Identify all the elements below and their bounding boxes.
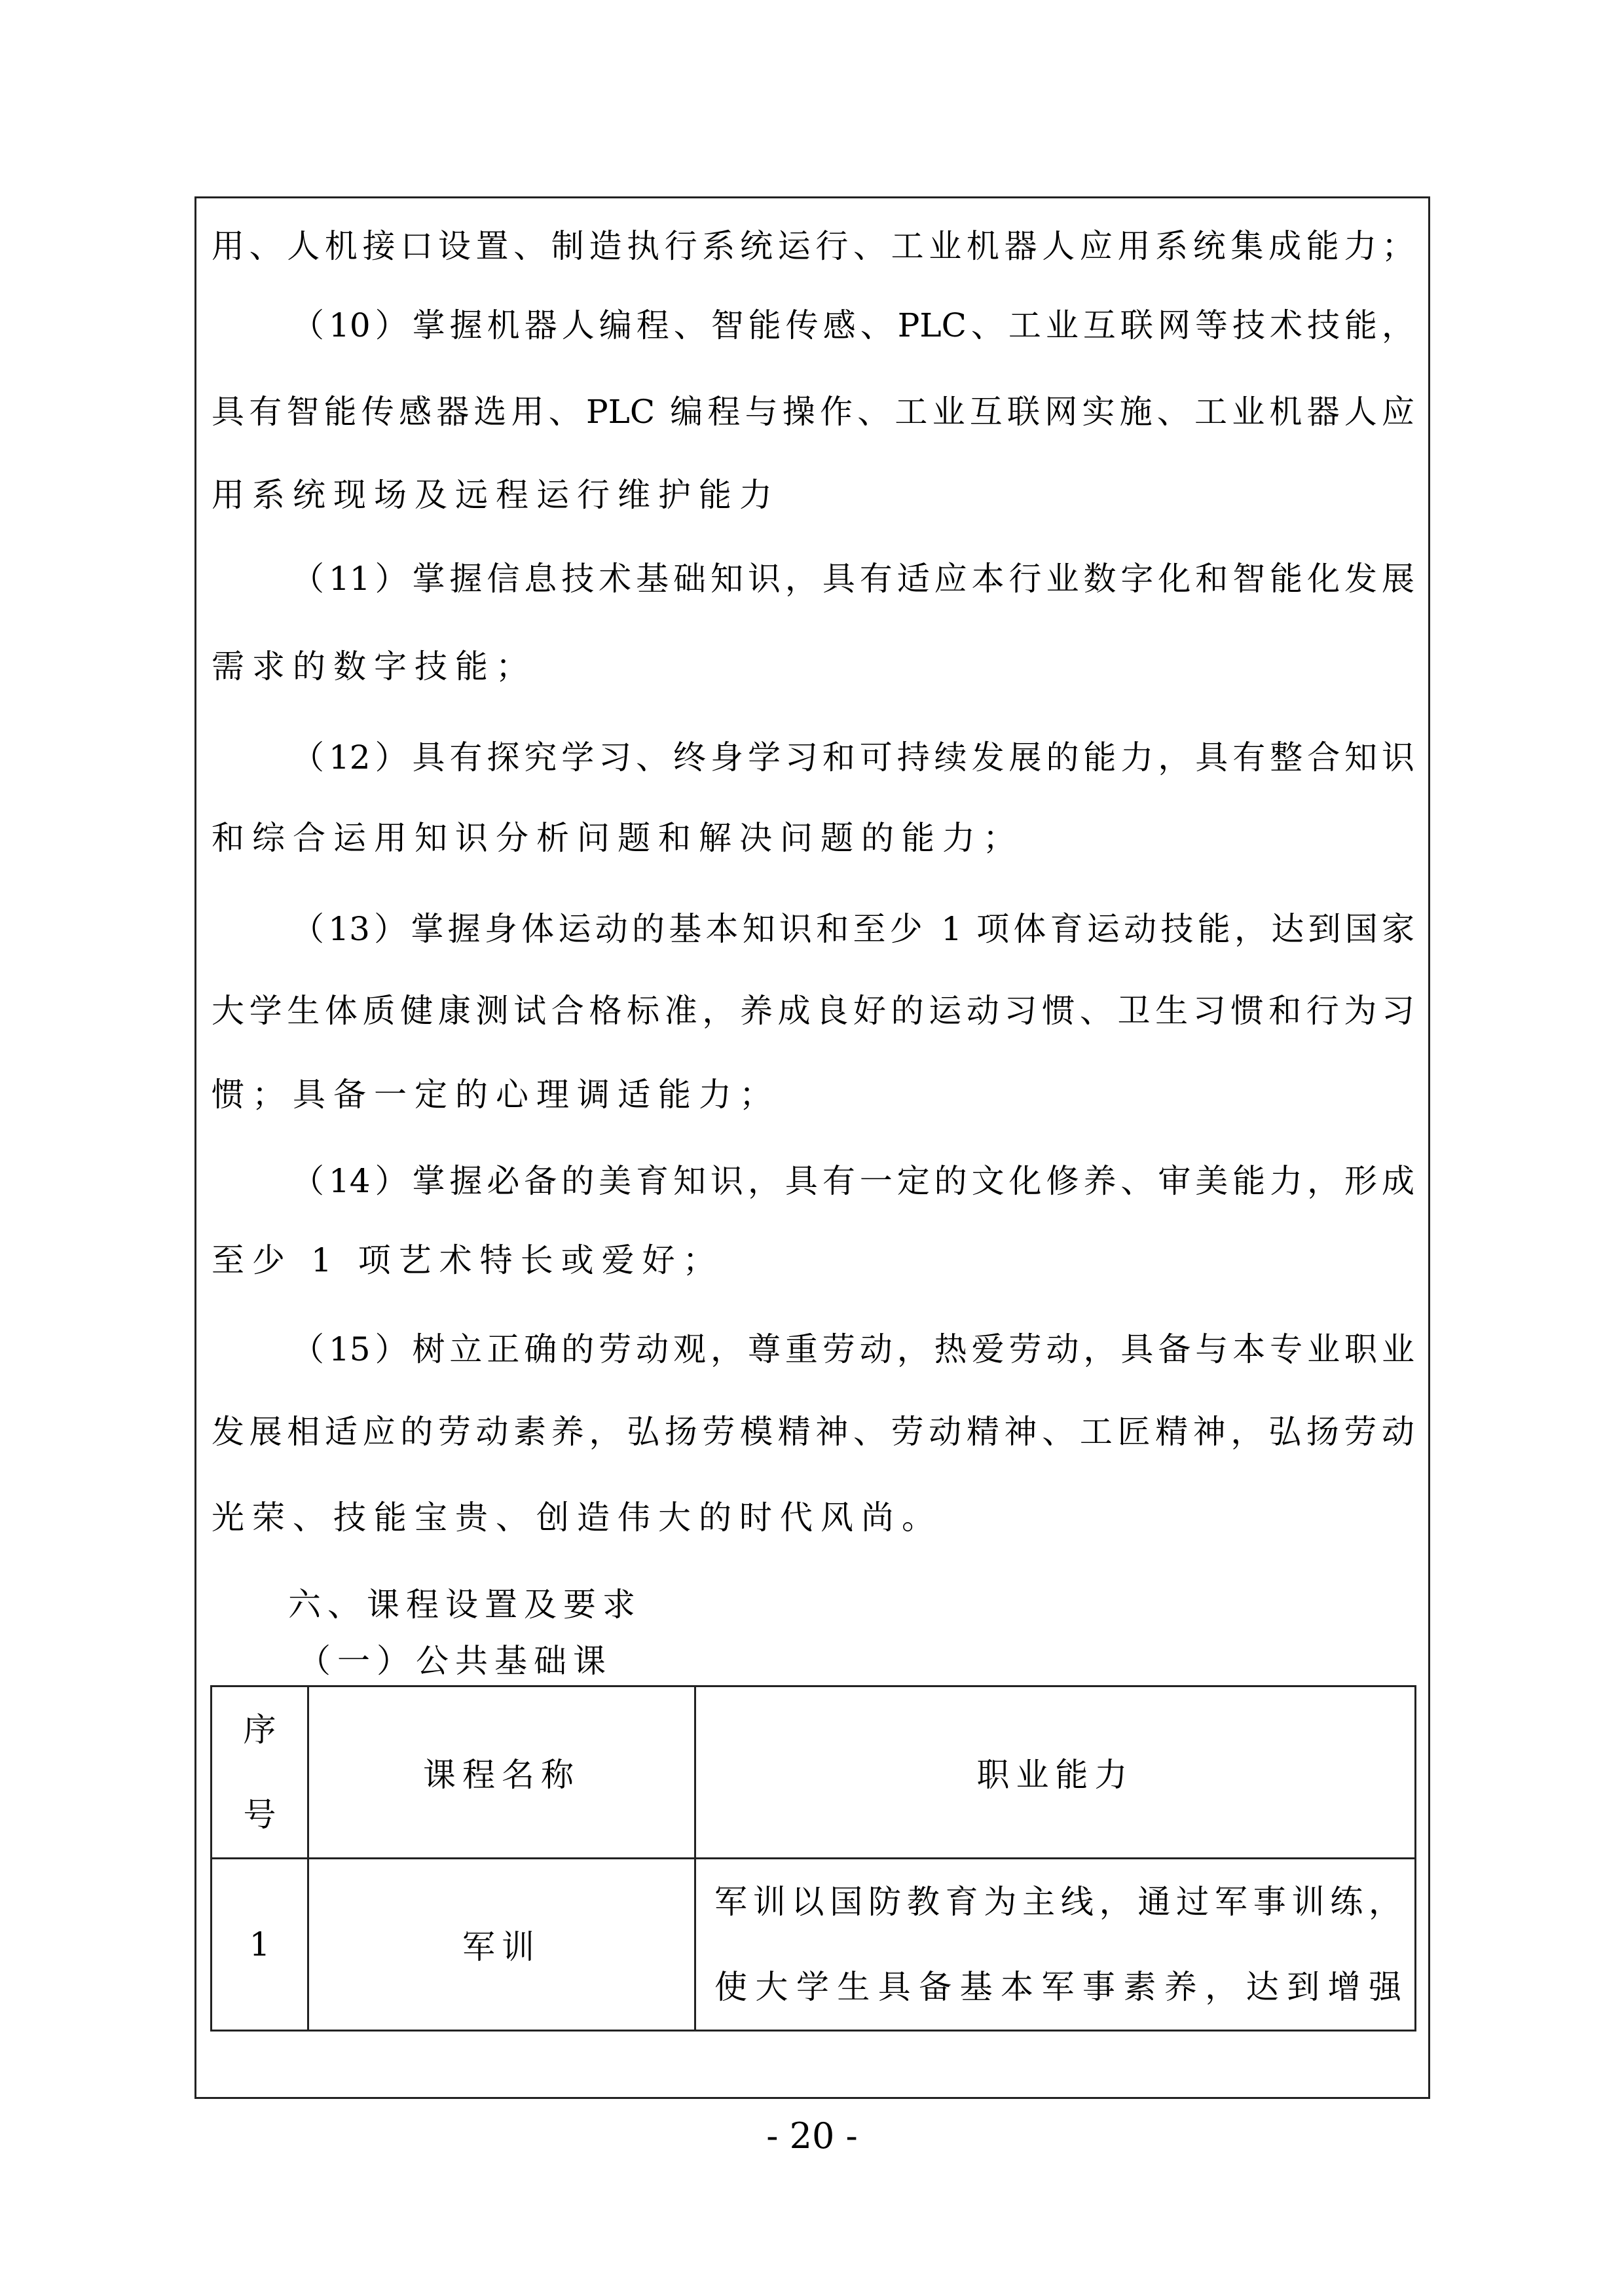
- paragraph-line: 具有智能传感器选用、PLC 编程与操作、工业互联网实施、工业机器人应: [212, 389, 1414, 435]
- ability-text-line: 使大学生具备基本军事素养，达到增强: [714, 1944, 1401, 2030]
- course-name-text: 军训: [462, 1928, 541, 1966]
- page-number: - 20 -: [753, 2113, 871, 2159]
- cell-ability: 军训以国防教育为主线，通过军事训练， 使大学生具备基本军事素养，达到增强: [695, 1859, 1416, 2031]
- paragraph-line: 用系统现场及远程运行维护能力: [212, 472, 1414, 518]
- section-heading: 六、课程设置及要求: [288, 1582, 642, 1628]
- subsection-heading: （一）公共基础课: [298, 1638, 612, 1684]
- paragraph-line: 惯；具备一定的心理调适能力；: [212, 1072, 1414, 1118]
- paragraph-line: 发展相适应的劳动素养，弘扬劳模精神、劳动精神、工匠精神，弘扬劳动: [212, 1409, 1414, 1455]
- paragraph-line: （13）掌握身体运动的基本知识和至少 1 项体育运动技能，达到国家: [291, 906, 1414, 952]
- paragraph-line: 光荣、技能宝贵、创造伟大的时代风尚。: [212, 1495, 1414, 1540]
- table-header-row: 序 号 课程名称 职业能力: [212, 1686, 1416, 1859]
- paragraph-line: 用、人机接口设置、制造执行系统运行、工业机器人应用系统集成能力；: [212, 223, 1414, 269]
- column-header-number: 序 号: [212, 1686, 308, 1859]
- header-text: 号: [212, 1772, 307, 1857]
- table-row: 1 军训 军训以国防教育为主线，通过军事训练， 使大学生具备基本军事素养，达到增…: [212, 1859, 1416, 2031]
- header-text: 课程名称: [423, 1756, 580, 1794]
- paragraph-line: （12）具有探究学习、终身学习和可持续发展的能力，具有整合知识: [291, 735, 1414, 780]
- paragraph-line: （14）掌握必备的美育知识，具有一定的文化修养、审美能力，形成: [291, 1158, 1414, 1204]
- paragraph-line: （10）掌握机器人编程、智能传感、PLC、工业互联网等技术技能，: [291, 302, 1414, 348]
- cell-course-name: 军训: [308, 1859, 695, 2031]
- public-course-table: 序 号 课程名称 职业能力 1 军训 军训以国防教育为主线，通过军事训练， 使大…: [210, 1685, 1416, 2032]
- paragraph-line: 需求的数字技能；: [212, 644, 1414, 689]
- paragraph-line: 至少 1 项艺术特长或爱好；: [212, 1237, 1414, 1283]
- header-text: 序: [212, 1687, 307, 1772]
- cell-number: 1: [212, 1859, 308, 2031]
- column-header-course-name: 课程名称: [308, 1686, 695, 1859]
- ability-text-line: 军训以国防教育为主线，通过军事训练，: [714, 1859, 1401, 1944]
- header-text: 职业能力: [977, 1756, 1134, 1794]
- paragraph-line: （15）树立正确的劳动观，尊重劳动，热爱劳动，具备与本专业职业: [291, 1326, 1414, 1372]
- paragraph-line: 和综合运用知识分析问题和解决问题的能力；: [212, 815, 1414, 861]
- column-header-ability: 职业能力: [695, 1686, 1416, 1859]
- paragraph-line: 大学生体质健康测试合格标准，养成良好的运动习惯、卫生习惯和行为习: [212, 988, 1414, 1034]
- paragraph-line: （11）掌握信息技术基础知识，具有适应本行业数字化和智能化发展: [291, 556, 1414, 602]
